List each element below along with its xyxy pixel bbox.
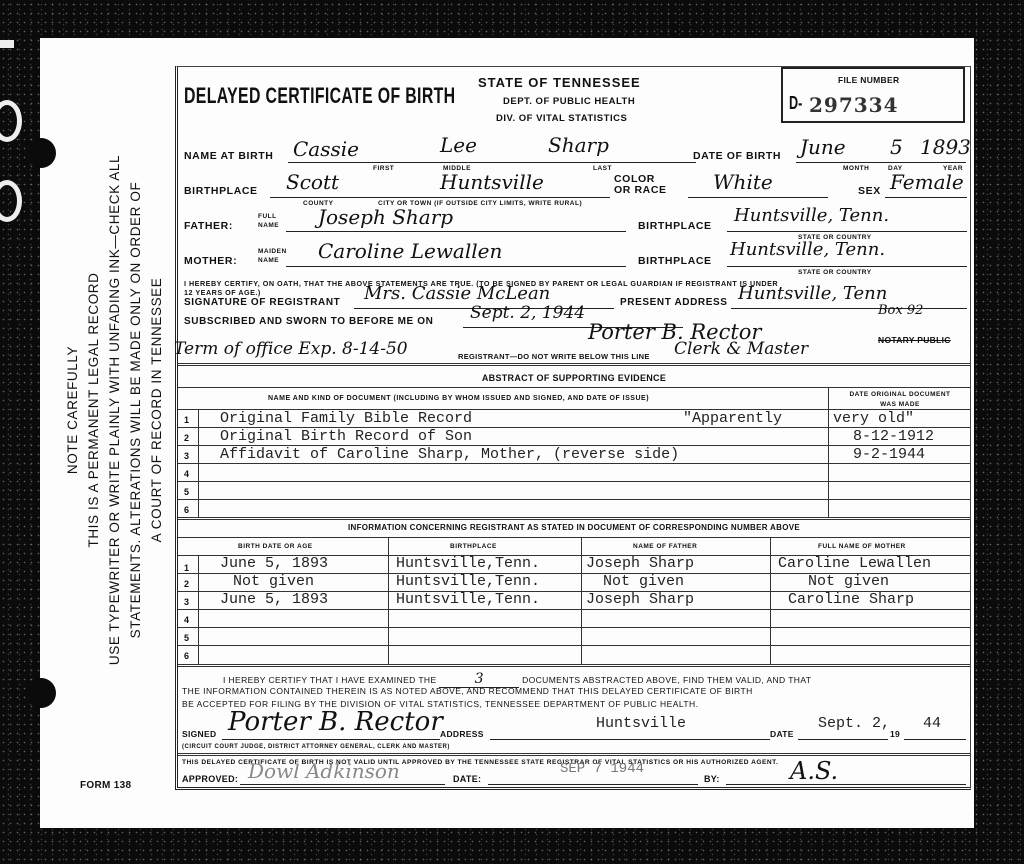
certifier-title-note: (CIRCUIT COURT JUDGE, DISTRICT ATTORNEY … (182, 744, 450, 750)
info-place: Huntsville,Tenn. (396, 555, 540, 572)
present-address-label: PRESENT ADDRESS (620, 297, 728, 308)
info-birth: Not given (233, 573, 314, 590)
approved-label: APPROVED: (182, 774, 238, 784)
term-of-office: Term of office Exp. 8-14-50 (174, 339, 408, 359)
sworn-date: Sept. 2, 1944 (470, 303, 585, 323)
info-father: Joseph Sharp (586, 555, 694, 572)
notary-public-label: NOTARY PUBLIC (878, 335, 951, 345)
registrant-signature: Mrs. Cassie McLean (364, 283, 550, 304)
punch-hole (26, 138, 56, 168)
abstract-doc: Affidavit of Caroline Sharp, Mother, (re… (220, 446, 679, 463)
oath-text-2: 12 YEARS OF AGE.) (184, 288, 261, 297)
info-place: Huntsville,Tenn. (396, 573, 540, 590)
side-note: NOTE CAREFULLY THIS IS A PERMANENT LEGAL… (62, 130, 172, 690)
last-label: LAST (593, 165, 612, 172)
dob-day: 5 (890, 135, 903, 159)
father-birthplace-label: BIRTHPLACE (638, 220, 712, 232)
side-note-line: USE TYPEWRITER OR WRITE PLAINLY WITH UNF… (104, 130, 125, 690)
state-heading: STATE OF TENNESSEE (478, 75, 641, 90)
info-col-place: BIRTHPLACE (450, 543, 497, 550)
certify-text: I HEREBY CERTIFY THAT I HAVE EXAMINED TH… (223, 675, 437, 685)
father-name: Joseph Sharp (318, 205, 453, 229)
father-name-label: FULL NAME (258, 212, 279, 230)
month-label: MONTH (843, 165, 869, 172)
label-line: FULL (258, 212, 279, 221)
mother-name: Caroline Lewallen (318, 239, 502, 263)
row-number: 2 (184, 579, 189, 589)
row-number: 4 (184, 615, 189, 625)
abstract-doc: Original Family Bible Record (220, 410, 472, 427)
label-line: MAIDEN (258, 247, 287, 256)
punch-hole (26, 678, 56, 708)
by-label: BY: (704, 774, 720, 784)
notary-title: Clerk & Master (674, 339, 808, 359)
label-line: NAME (258, 221, 279, 230)
div-heading: DIV. OF VITAL STATISTICS (496, 113, 627, 124)
col-line: DATE ORIGINAL DOCUMENT (833, 390, 967, 400)
mother-birthplace: Huntsville, Tenn. (730, 239, 885, 260)
dob-label: DATE OF BIRTH (693, 150, 781, 162)
abstract-date: 8-12-1912 (853, 428, 934, 445)
document-title: DELAYED CERTIFICATE OF BIRTH (184, 83, 455, 109)
sex-value: Female (890, 170, 964, 194)
info-birth: June 5, 1893 (220, 591, 328, 608)
birth-county: Scott (286, 170, 339, 194)
row-number: 4 (184, 469, 189, 479)
registrant-note: REGISTRANT—DO NOT WRITE BELOW THIS LINE (458, 352, 650, 361)
birthplace-label: BIRTHPLACE (184, 185, 258, 197)
info-birth: June 5, 1893 (220, 555, 328, 572)
dob-year: 1893 (920, 135, 971, 159)
certifier-address: Huntsville (596, 715, 686, 732)
info-place: Huntsville,Tenn. (396, 591, 540, 608)
father-birthplace: Huntsville, Tenn. (734, 205, 889, 226)
row-number: 1 (184, 415, 189, 425)
approval-date-label: DATE: (453, 774, 481, 784)
side-note-line: A COURT OF RECORD IN TENNESSEE (146, 130, 167, 690)
first-label: FIRST (373, 165, 394, 172)
mother-birthplace-label: BIRTHPLACE (638, 255, 712, 267)
row-number: 6 (184, 651, 189, 661)
father-label: FATHER: (184, 220, 233, 232)
info-father: Not given (603, 573, 684, 590)
abstract-date: very old" (833, 410, 914, 427)
abstract-title: ABSTRACT OF SUPPORTING EVIDENCE (178, 373, 970, 383)
dob-month: June (800, 135, 846, 159)
mother-label: MOTHER: (184, 255, 237, 267)
form-number: FORM 138 (80, 780, 131, 791)
year-prefix: 19 (890, 729, 900, 739)
info-col-birth: BIRTH DATE OR AGE (238, 543, 313, 550)
sex-label: SEX (858, 185, 881, 197)
file-number: 297334 (809, 93, 899, 117)
date-label: DATE (770, 729, 794, 739)
info-father: Joseph Sharp (586, 591, 694, 608)
color-value: White (713, 170, 773, 194)
side-note-line: THIS IS A PERMANENT LEGAL RECORD (83, 130, 104, 690)
side-note-line: STATEMENTS. ALTERATIONS WILL BE MADE ONL… (125, 130, 146, 690)
info-col-father: NAME OF FATHER (633, 543, 697, 550)
file-number-box: FILE NUMBER D- 297334 (781, 67, 965, 123)
approved-signature: Dowl Adkinson (248, 759, 400, 783)
row-number: 5 (184, 487, 189, 497)
certify-line-2: THE INFORMATION CONTAINED THEREIN IS AS … (182, 686, 753, 696)
signed-label: SIGNED (182, 729, 216, 739)
dept-heading: DEPT. OF PUBLIC HEALTH (503, 96, 635, 107)
abstract-date: 9-2-1944 (853, 446, 925, 463)
last-name: Sharp (548, 133, 609, 157)
certify-date: Sept. 2, (818, 715, 890, 732)
label-line: NAME (258, 256, 287, 265)
row-number: 3 (184, 597, 189, 607)
middle-name: Lee (440, 133, 477, 157)
film-edge-marks (0, 40, 20, 200)
abstract-doc: Original Birth Record of Son (220, 428, 472, 445)
mother-name-label: MAIDEN NAME (258, 247, 287, 265)
certify-text: DOCUMENTS ABSTRACTED ABOVE, FIND THEM VA… (522, 675, 811, 685)
row-number: 5 (184, 633, 189, 643)
info-mother: Caroline Sharp (788, 591, 914, 608)
info-mother: Caroline Lewallen (778, 555, 931, 572)
name-at-birth-label: NAME AT BIRTH (184, 150, 273, 162)
abstract-doc-extra: "Apparently (683, 410, 782, 427)
birth-city: Huntsville (440, 170, 544, 194)
certificate-form: DELAYED CERTIFICATE OF BIRTH STATE OF TE… (175, 66, 971, 790)
row-number: 1 (184, 563, 189, 573)
mother-state-label: STATE OR COUNTRY (798, 269, 872, 276)
approval-date: SEP 7 1944 (560, 761, 644, 777)
approval-by: A.S. (790, 757, 838, 785)
abstract-col-doc: NAME AND KIND OF DOCUMENT (INCLUDING BY … (268, 395, 649, 402)
certifier-signature: Porter B. Rector (228, 707, 443, 737)
abstract-col-date: DATE ORIGINAL DOCUMENT WAS MADE (833, 390, 967, 410)
box-number: Box 92 (878, 303, 923, 318)
registrant-signature-label: SIGNATURE OF REGISTRANT (184, 297, 340, 308)
color-label: COLOR OR RACE (614, 174, 667, 196)
first-name: Cassie (293, 137, 359, 161)
info-title: INFORMATION CONCERNING REGISTRANT AS STA… (178, 523, 970, 532)
row-number: 6 (184, 505, 189, 515)
file-number-label: FILE NUMBER (838, 75, 899, 85)
row-number: 2 (184, 433, 189, 443)
file-number-prefix: D- (789, 93, 802, 114)
present-address: Huntsville, Tenn (738, 283, 887, 304)
row-number: 3 (184, 451, 189, 461)
address-label: ADDRESS (440, 729, 484, 739)
info-mother: Not given (808, 573, 889, 590)
color-label-line: OR RACE (614, 185, 667, 196)
certify-year: 44 (923, 715, 941, 732)
info-col-mother: FULL NAME OF MOTHER (818, 543, 906, 550)
sworn-label: SUBSCRIBED AND SWORN TO BEFORE ME ON (184, 316, 433, 327)
side-note-line: NOTE CAREFULLY (62, 130, 83, 690)
